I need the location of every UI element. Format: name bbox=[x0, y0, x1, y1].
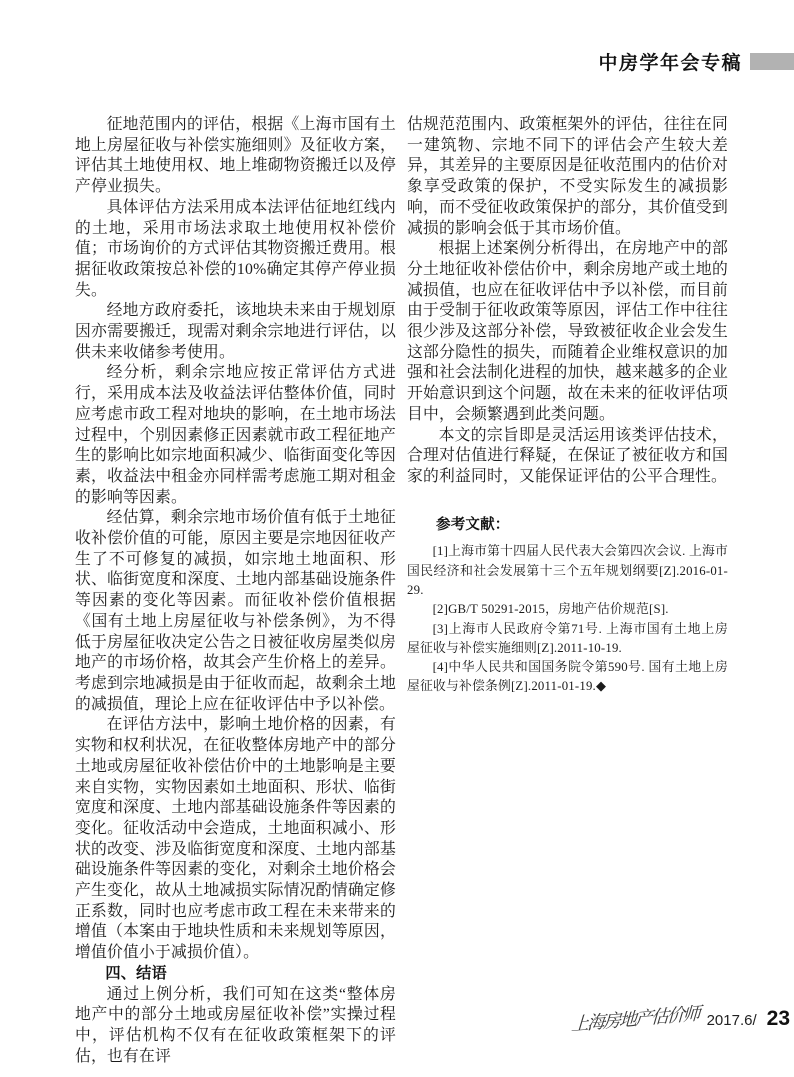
journal-logo-calligraphy: 上海房地产估价师 bbox=[570, 999, 699, 1036]
issue-date: 2017.6/ bbox=[707, 1012, 757, 1029]
reference-item: [1]上海市第十四届人民代表大会第四次会议. 上海市国民经济和社会发展第十三个五… bbox=[407, 542, 728, 600]
paragraph-continuation: 估规范范围内、政策框架外的评估，往往在同一建筑物、宗地不同下的评估会产生较大差异… bbox=[407, 115, 728, 239]
header-accent-bar bbox=[750, 53, 794, 70]
section-heading-conclusion: 四、结语 bbox=[75, 964, 396, 985]
reference-item: [2]GB/T 50291-2015，房地产估价规范[S]. bbox=[407, 600, 728, 619]
left-column: 征地范围内的评估，根据《上海市国有土地上房屋征收与补偿实施细则》及征收方案，评估… bbox=[75, 115, 396, 1067]
page-footer: 上海房地产估价师 2017.6/ 23 bbox=[571, 1005, 790, 1031]
paragraph: 经地方政府委托，该地块未来由于规划原因亦需要搬迁，现需对剩余宗地进行评估，以供未… bbox=[75, 301, 396, 363]
reference-item: [4]中华人民共和国国务院令第590号. 国有土地上房屋征收与补偿条例[Z].2… bbox=[407, 658, 728, 697]
paragraph: 经分析，剩余宗地应按正常评估方式进行，采用成本法及收益法评估整体价值，同时应考虑… bbox=[75, 363, 396, 508]
references-heading: 参考文献： bbox=[407, 515, 728, 536]
page-number: 23 bbox=[767, 1007, 790, 1031]
paragraph: 经估算，剩余宗地市场价值有低于土地征收补偿价值的可能，原因主要是宗地因征收产生了… bbox=[75, 508, 396, 715]
page-header-title: 中房学年会专稿 bbox=[598, 48, 742, 75]
journal-page: 中房学年会专稿 征地范围内的评估，根据《上海市国有土地上房屋征收与补偿实施细则》… bbox=[0, 0, 794, 1077]
paragraph: 在评估方法中，影响土地价格的因素，有实物和权利状况，在征收整体房地产中的部分土地… bbox=[75, 715, 396, 963]
paragraph: 根据上述案例分析得出，在房地产中的部分土地征收补偿估价中，剩余房地产或土地的减损… bbox=[407, 239, 728, 425]
paragraph: 具体评估方法采用成本法评估征地红线内的土地，采用市场法求取土地使用权补偿价值；市… bbox=[75, 198, 396, 302]
reference-item: [3]上海市人民政府令第71号. 上海市国有土地上房屋征收与补偿实施细则[Z].… bbox=[407, 620, 728, 659]
paragraph: 本文的宗旨即是灵活运用该类评估技术，合理对估值进行释疑，在保证了被征收方和国家的… bbox=[407, 426, 728, 488]
paragraph: 征地范围内的评估，根据《上海市国有土地上房屋征收与补偿实施细则》及征收方案，评估… bbox=[75, 115, 396, 198]
references-section: 参考文献： [1]上海市第十四届人民代表大会第四次会议. 上海市国民经济和社会发… bbox=[407, 515, 728, 697]
right-column: 估规范范围内、政策框架外的评估，往往在同一建筑物、宗地不同下的评估会产生较大差异… bbox=[407, 115, 728, 697]
paragraph: 通过上例分析，我们可知在这类“整体房地产中的部分土地或房屋征收补偿”实操过程中，… bbox=[75, 985, 396, 1068]
